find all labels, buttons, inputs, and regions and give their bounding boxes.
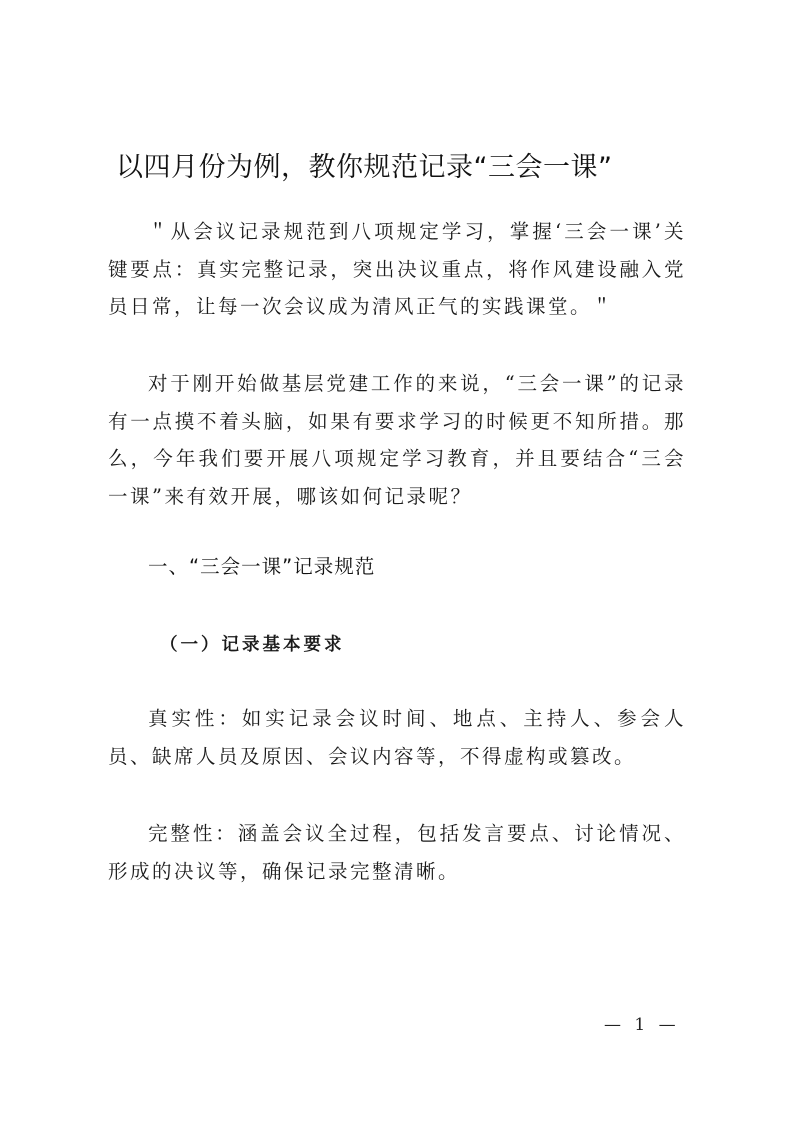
subsection-heading: （一）记录基本要求 <box>160 630 345 660</box>
completeness-paragraph: 完整性：涵盖会议全过程，包括发言要点、讨论情况、形成的决议等，确保记录完整清晰。 <box>108 815 686 890</box>
document-title: 以四月份为例，教你规范记录“三会一课” <box>116 150 716 186</box>
authenticity-paragraph: 真实性：如实记录会议时间、地点、主持人、参会人员、缺席人员及原因、会议内容等，不… <box>108 700 686 775</box>
intro-paragraph: 对于刚开始做基层党建工作的来说，“三会一课”的记录有一点摸不着头脑，如果有要求学… <box>108 365 686 515</box>
page-number: — 1 — <box>604 1012 680 1038</box>
summary-quote-paragraph: ＂从会议记录规范到八项规定学习，掌握‘三会一课’关键要点：真实完整记录，突出决议… <box>108 213 686 326</box>
section-heading: 一、“三会一课”记录规范 <box>148 552 375 582</box>
document-page: 以四月份为例，教你规范记录“三会一课” ＂从会议记录规范到八项规定学习，掌握‘三… <box>0 0 793 1122</box>
